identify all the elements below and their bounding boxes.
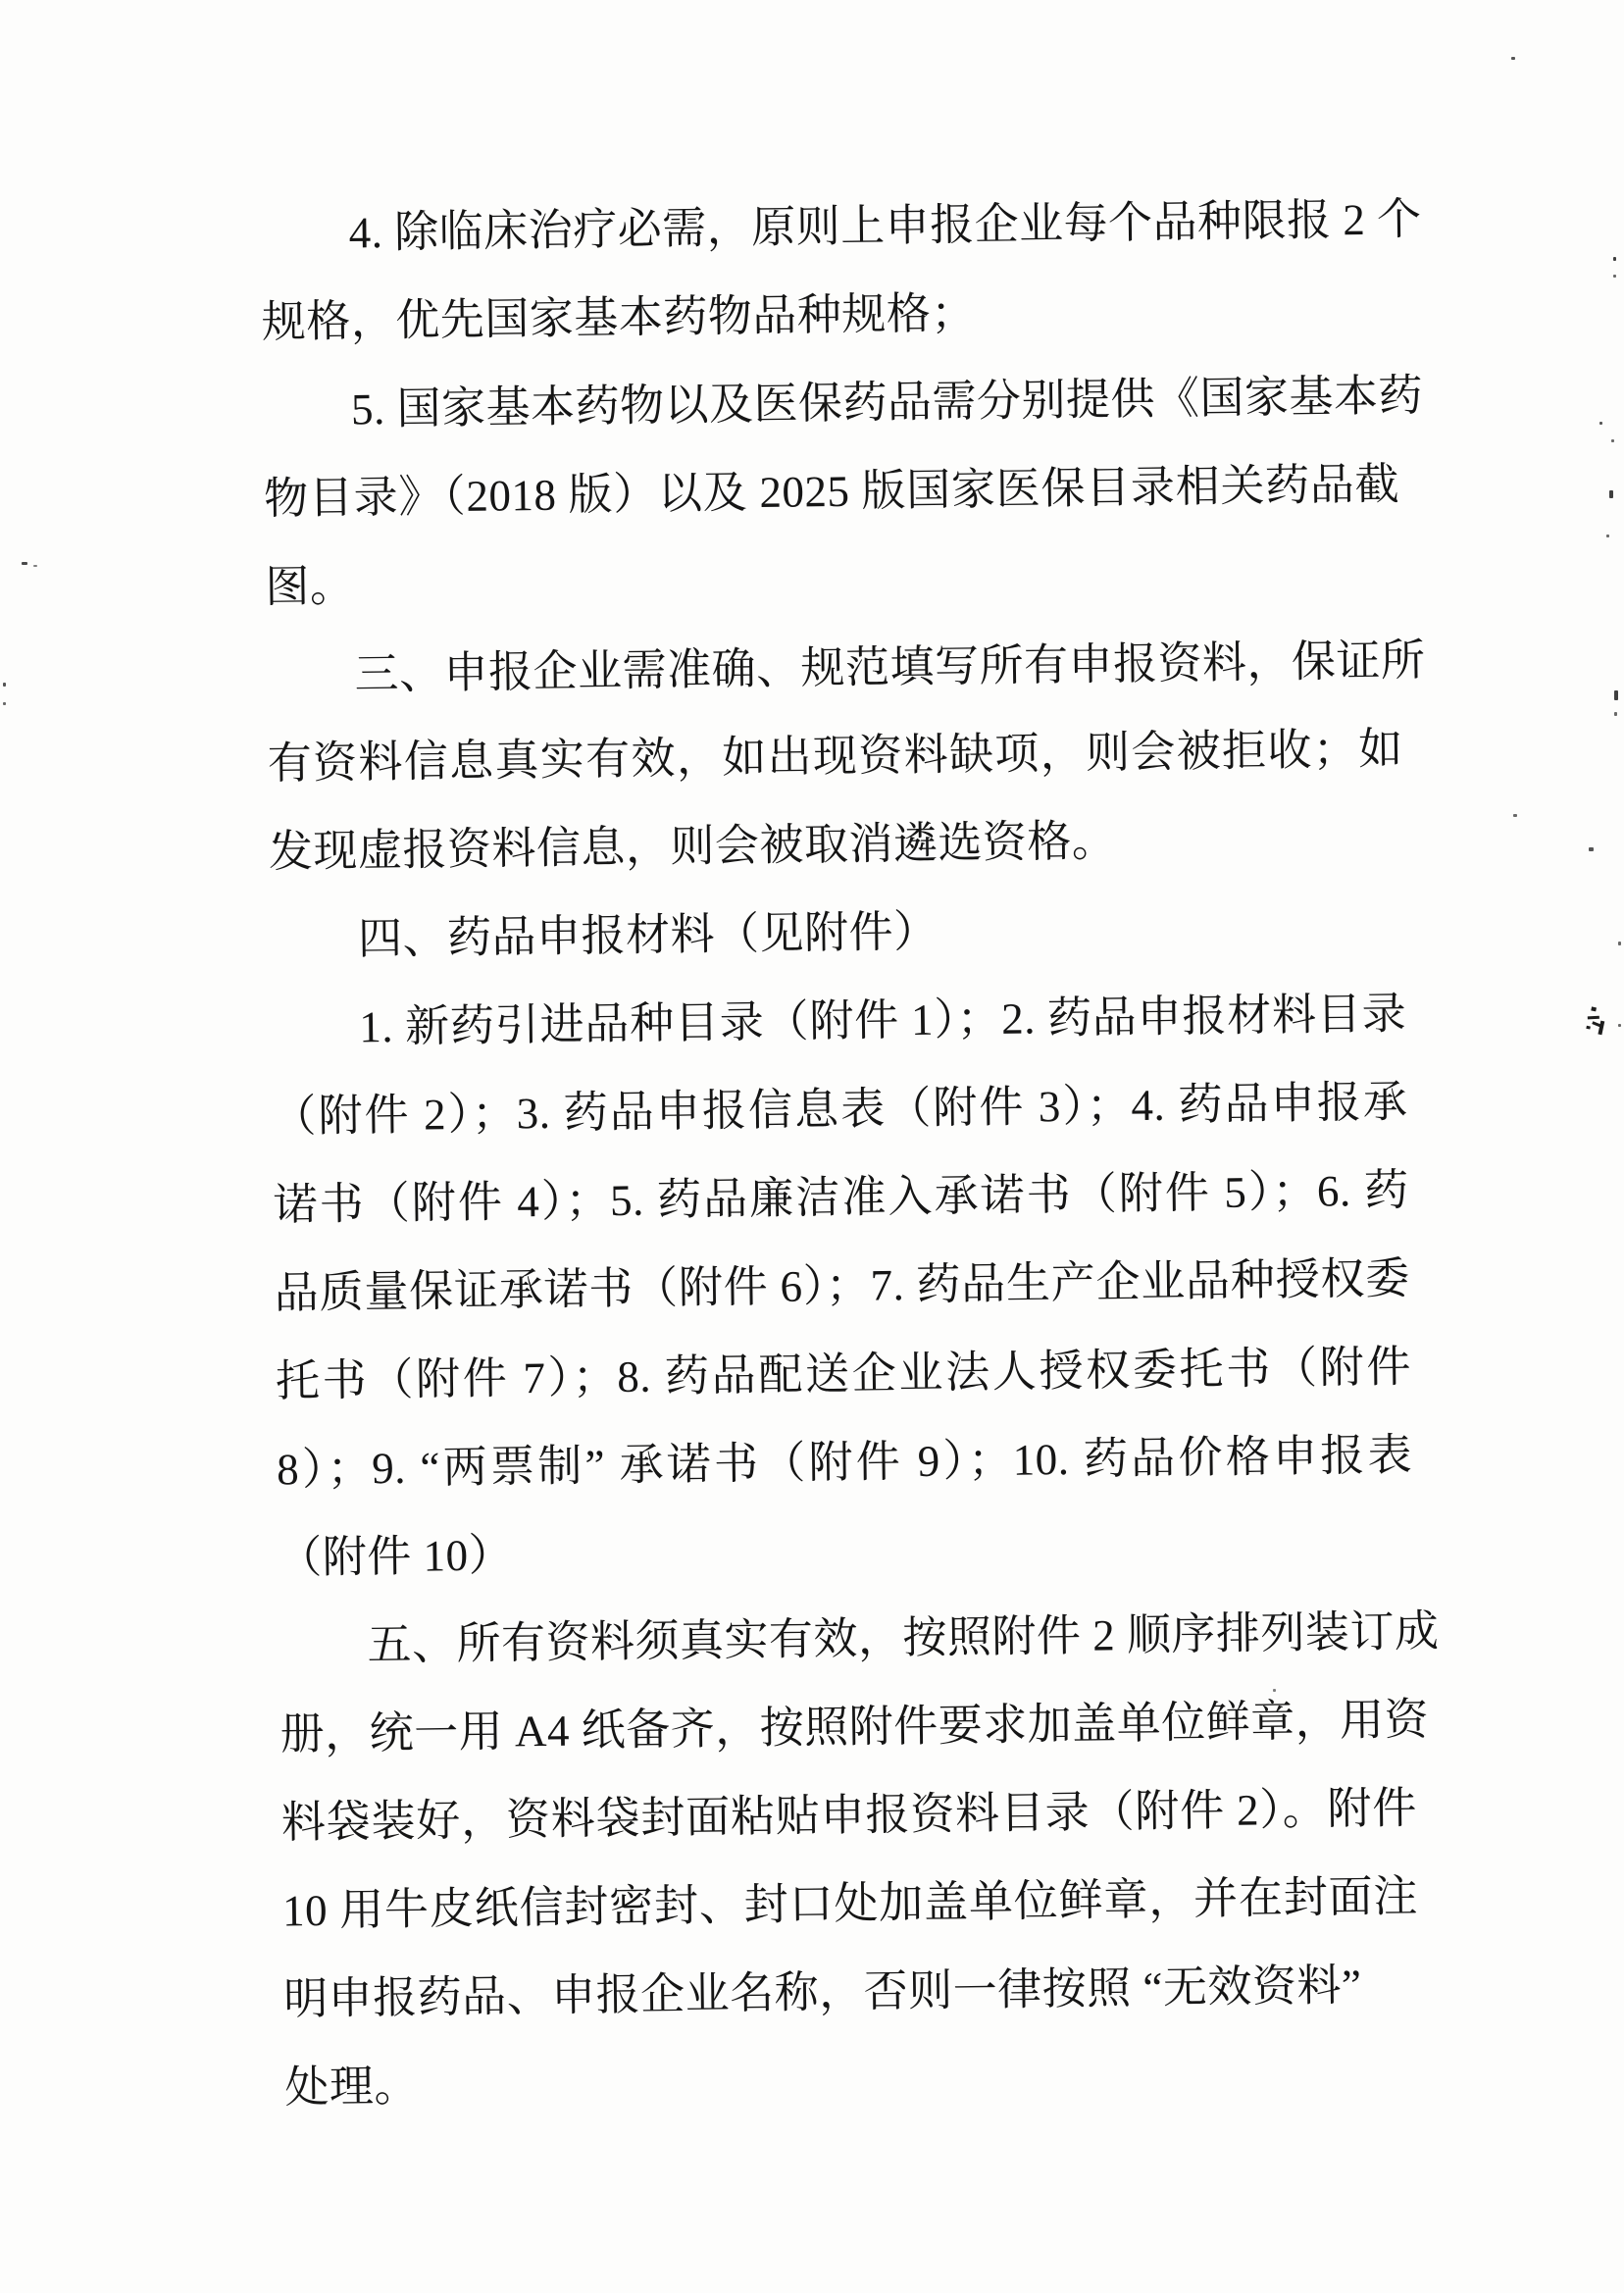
scan-speck — [1513, 814, 1517, 817]
scan-speck — [1511, 57, 1515, 60]
scan-speck — [3, 702, 6, 705]
text-line: 规格，优先国家基本药物品种规格； — [261, 263, 1397, 366]
text-line: 发现虚报资料信息，则会被取消遴选资格。 — [268, 792, 1404, 895]
scan-speck — [1606, 535, 1609, 537]
text-line: 8）；9. “两票制” 承诺书（附件 9）；10. 药品价格申报表 — [277, 1410, 1413, 1513]
text-line: 四、药品申报材料（见附件） — [270, 881, 1406, 984]
document-page: 4. 除临床治疗必需，原则上申报企业每个品种限报 2 个 规格，优先国家基本药物… — [0, 0, 1624, 2293]
text-line: 明申报药品、申报企业名称，否则一律按照 “无效资料” — [283, 1940, 1420, 2043]
text-line: 品质量保证承诺书（附件 6）；7. 药品生产企业品种授权委 — [274, 1234, 1410, 1337]
text-line: 10 用牛皮纸信封密封、封口处加盖单位鲜章，并在封面注 — [281, 1852, 1418, 1955]
scan-speck — [1613, 275, 1616, 278]
text-line: 托书（附件 7）；8. 药品配送企业法人授权委托书（附件 — [275, 1322, 1411, 1425]
text-line: （附件 2）；3. 药品申报信息表（附件 3）；4. 药品申报承 — [272, 1057, 1408, 1160]
scan-speck — [33, 565, 37, 567]
text-line: 料袋装好，资料袋封面粘贴申报资料目录（附件 2）。附件 — [280, 1763, 1417, 1866]
text-line: 册，统一用 A4 纸备齐，按照附件要求加盖单位鲜章，用资 — [279, 1675, 1416, 1778]
scan-speck — [1611, 439, 1614, 442]
scan-speck — [1609, 490, 1613, 498]
scan-speck — [3, 683, 6, 687]
scan-speck — [1599, 422, 1602, 425]
text-line: 5. 国家基本药物以及医保药品需分别提供《国家基本药 — [262, 351, 1398, 454]
scan-speck — [1618, 1024, 1621, 1027]
text-line: 有资料信息真实有效，如出现资料缺项，则会被拒收；如 — [267, 704, 1403, 807]
scan-speck — [1613, 257, 1616, 261]
text-line: 三、申报企业需准确、规范填写所有申报资料，保证所 — [266, 616, 1402, 719]
scan-speck — [1589, 847, 1594, 851]
text-line: 处理。 — [284, 2028, 1421, 2131]
text-line: 物目录》（2018 版）以及 2025 版国家医保目录相关药品截 — [264, 439, 1400, 542]
text-line: 1. 新药引进品种目录（附件 1）；2. 药品申报材料目录 — [271, 969, 1407, 1072]
scan-speck — [22, 562, 27, 565]
scan-speck — [1618, 942, 1621, 945]
text-line: 诺书（附件 4）；5. 药品廉洁准入承诺书（附件 5）；6. 药 — [273, 1146, 1409, 1248]
document-body: 4. 除临床治疗必需，原则上申报企业每个品种限报 2 个 规格，优先国家基本药物… — [260, 176, 1421, 2132]
text-line: 图。 — [265, 528, 1401, 631]
scan-speck — [1614, 690, 1618, 700]
text-line: （附件 10） — [278, 1499, 1414, 1602]
ink-smudge — [1584, 1006, 1610, 1038]
text-line: 4. 除临床治疗必需，原则上申报企业每个品种限报 2 个 — [260, 176, 1396, 279]
text-line: 五、所有资料须真实有效，按照附件 2 顺序排列装订成 — [279, 1587, 1415, 1690]
scan-speck — [1273, 1689, 1276, 1692]
scan-speck — [1614, 712, 1617, 716]
scan-speck — [448, 1555, 451, 1558]
